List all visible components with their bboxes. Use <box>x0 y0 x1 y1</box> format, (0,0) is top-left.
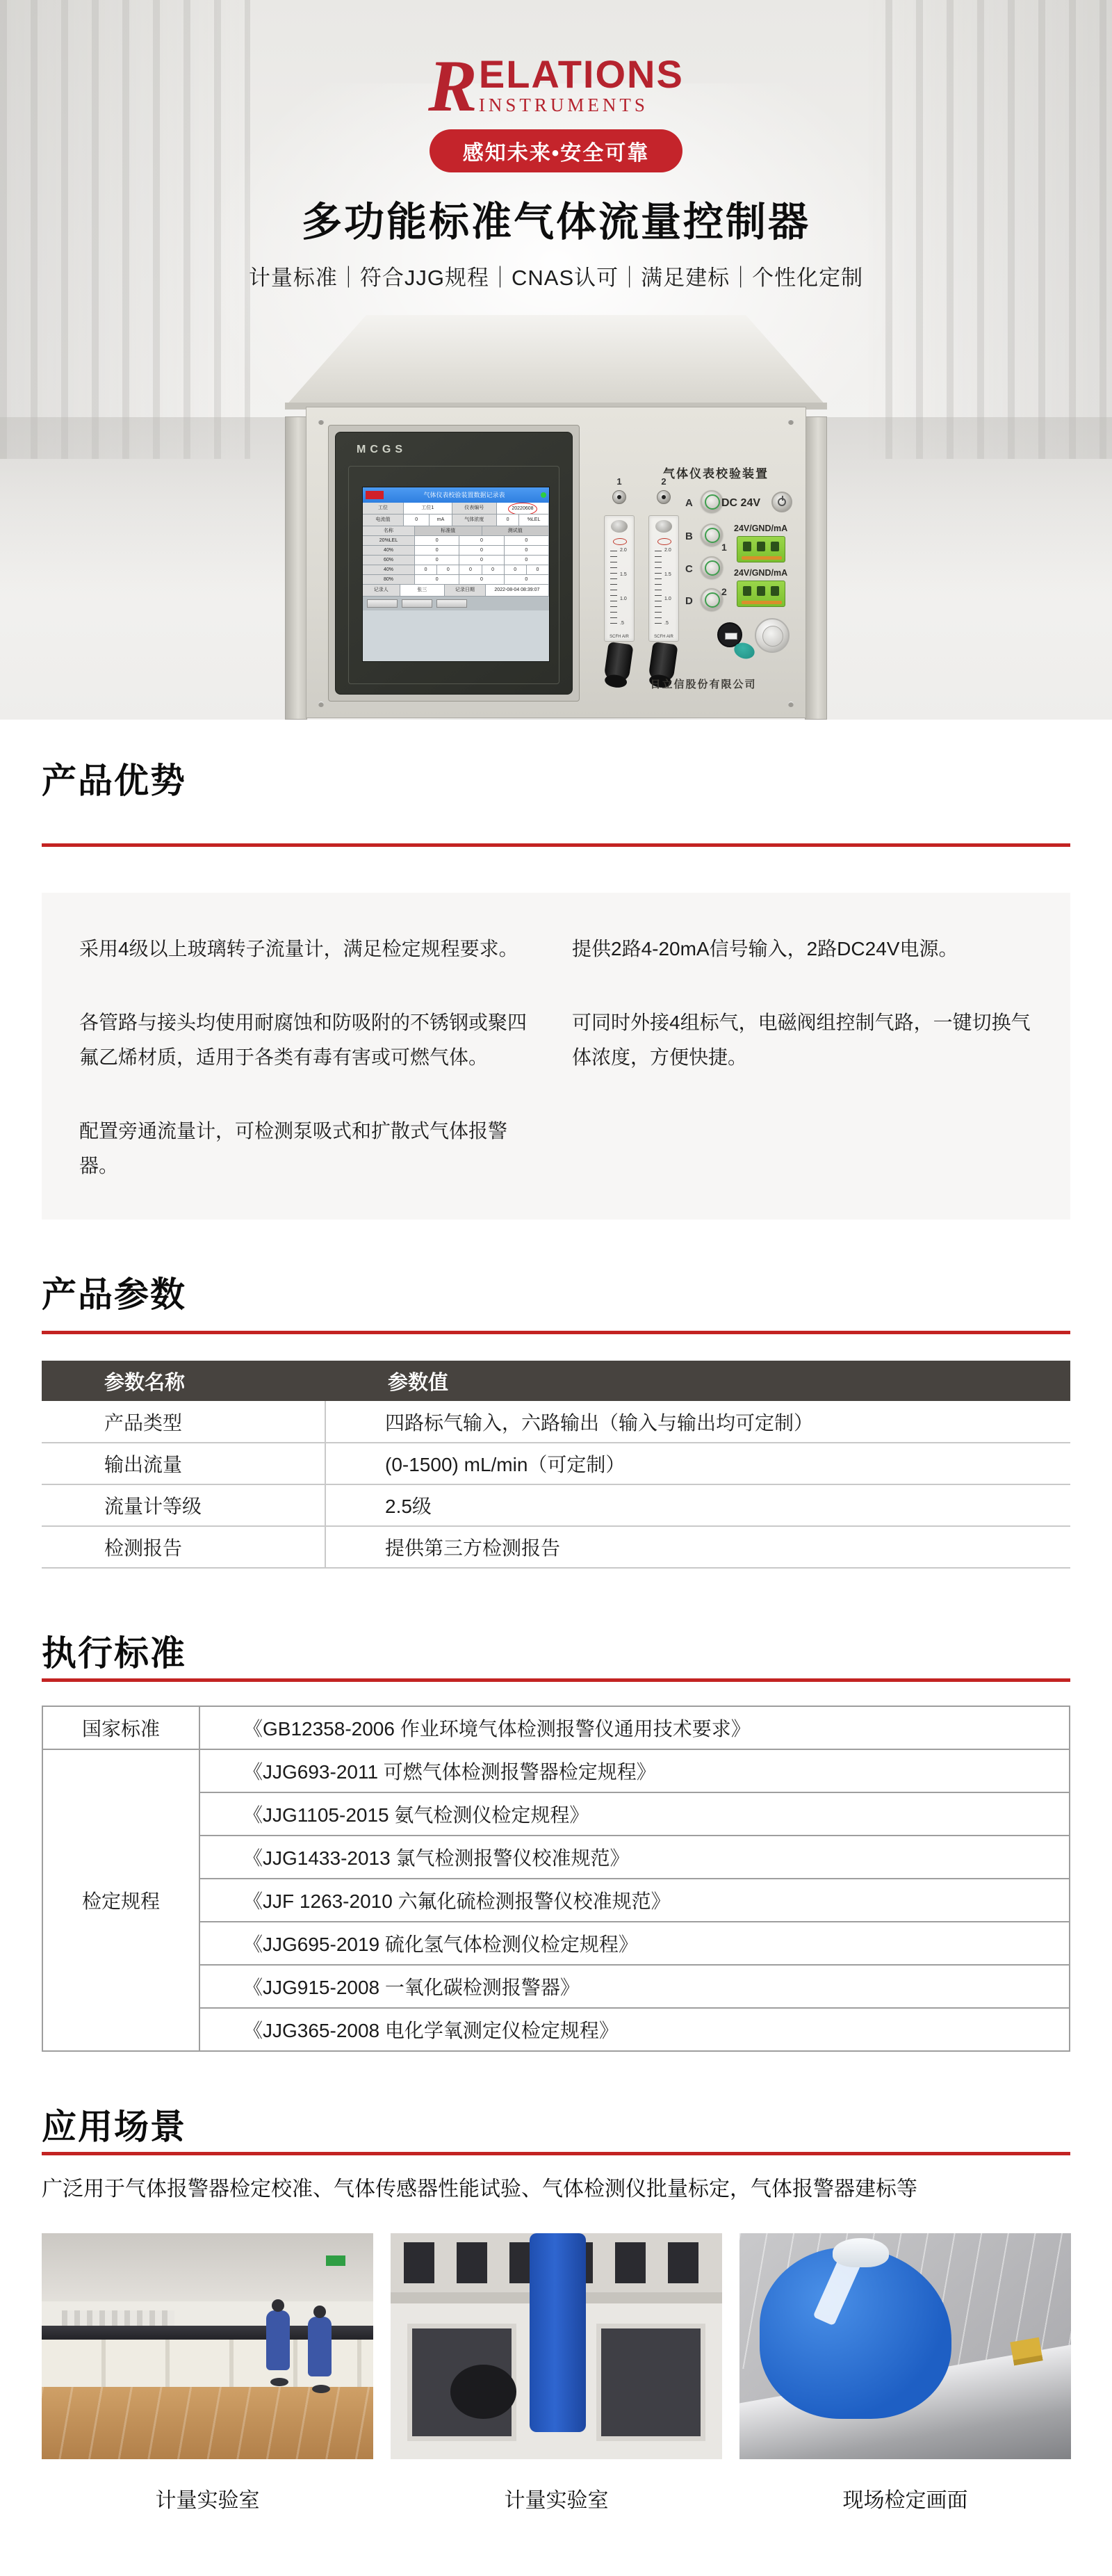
screen-button-bar <box>363 597 549 610</box>
screen-cell: 0 <box>459 536 504 545</box>
photo1-technician <box>308 2317 332 2376</box>
screen-cell: 0 <box>415 575 459 584</box>
photo1-wood-floor <box>42 2387 373 2459</box>
standard-value: 《GB12358-2006 作业环境气体检测报警仪通用技术要求》 <box>199 1706 1070 1749</box>
advantages-column-right: 提供2路4-20mA信号输入，2路DC24V电源。 可同时外接4组标气，电磁阀组… <box>572 932 1033 1220</box>
screen-cell: 电流值 <box>363 515 404 526</box>
photo3-caution-label <box>1010 2337 1042 2365</box>
standard-value: 《JJG1433-2013 氯气检测报警仪校准规范》 <box>199 1836 1070 1879</box>
screen-cell: 0 <box>415 556 459 565</box>
photo2-cabinet-door <box>596 2324 705 2441</box>
advantage-item: 各管路与接头均使用耐腐蚀和防吸附的不锈钢或聚四氟乙烯材质，适用于各类有毒有害或可… <box>79 1005 540 1075</box>
screen-cell: 20220608 <box>497 503 549 514</box>
terminal-label: 24V/GND/mA <box>734 568 824 578</box>
param-name: 检测报告 <box>42 1526 325 1568</box>
signal-terminal-1[interactable] <box>737 536 785 562</box>
section-title-params: 产品参数 <box>42 1274 1070 1315</box>
screen-cell: 0 <box>415 565 437 574</box>
params-col-value-header: 参数值 <box>325 1361 1070 1401</box>
signal-terminal-2[interactable] <box>737 581 785 607</box>
hmi-brand-label: MCGS <box>357 444 407 456</box>
screen-footer-row: 记录人 张三 记录日期 2022-08-04 08:39:07 <box>363 585 549 597</box>
standard-value: 《JJF 1263-2010 六氟化硫检测报警仪校准规范》 <box>199 1879 1070 1922</box>
section-advantages: 产品优势 采用4级以上玻璃转子流量计，满足检定规程要求。 各管路与接头均使用耐腐… <box>0 760 1112 1220</box>
section-scenes: 应用场景 广泛用于气体报警器检定校准、气体传感器性能试验、气体检测仪批量标定，气… <box>0 2106 1112 2513</box>
logo-r-glyph: R <box>428 54 477 118</box>
screen-cell: 0 <box>459 556 504 565</box>
valve-button-a[interactable] <box>701 490 723 512</box>
photo1-exit-sign <box>326 2255 345 2266</box>
scene-photo-3 <box>739 2233 1071 2459</box>
section-standards: 执行标准 国家标准 《GB12358-2006 作业环境气体检测报警仪通用技术要… <box>0 1633 1112 2052</box>
valve-button-label: C <box>685 563 693 575</box>
scale-tick-label: 2.0 <box>620 548 627 553</box>
param-value: 四路标气输入，六路输出（输入与输出均可定制） <box>325 1401 1070 1443</box>
screen-cell: 0 <box>437 565 459 574</box>
standard-value: 《JJG1105-2015 氨气检测仪检定规程》 <box>199 1792 1070 1836</box>
params-table: 参数名称 参数值 产品类型 四路标气输入，六路输出（输入与输出均可定制） 输出流… <box>42 1361 1070 1569</box>
param-value: 提供第三方检测报告 <box>325 1526 1070 1568</box>
hmi-bezel: MCGS 气体仪表校验装置数据记录表 工位 工位1 仪表编号 20220608 <box>335 432 573 695</box>
circled-serial: 20220608 <box>508 503 537 514</box>
screen-grid-row: 40% 0 0 0 0 0 0 <box>363 565 549 575</box>
param-name: 输出流量 <box>42 1443 325 1484</box>
scene-caption: 计量实验室 <box>391 2483 722 2513</box>
rotameter-cap <box>611 520 628 533</box>
section-underline <box>42 1331 1070 1334</box>
rotameter-scale-ticks <box>610 551 617 626</box>
valve-button-b[interactable] <box>701 524 723 546</box>
terminal-number: 2 <box>721 586 727 597</box>
screen-soft-button[interactable] <box>402 599 432 608</box>
section-underline <box>42 1678 1070 1682</box>
standard-value: 《JJG693-2011 可燃气体检测报警器检定规程》 <box>199 1749 1070 1792</box>
photo2-technician <box>530 2233 586 2432</box>
screen-cell: 0 <box>459 575 504 584</box>
screen-cell: 测试值 <box>482 526 549 535</box>
screen-field-row: 电流值 0 mA 气体浓度 0 %LEL <box>363 515 549 526</box>
screen-cell: 0 <box>404 515 430 526</box>
scene-photo-1 <box>42 2233 373 2459</box>
screen-cell: 仪表编号 <box>452 503 497 514</box>
screen-cell: 0 <box>505 546 549 555</box>
slogan-badge: 感知未来•安全可靠 <box>430 129 683 172</box>
valve-button-label: A <box>685 497 693 509</box>
power-label: DC 24V <box>721 497 774 510</box>
screen-grid-header: 名称 标准值 测试值 <box>363 526 549 536</box>
scale-tick-label: .5 <box>620 621 627 626</box>
section-title-standards: 执行标准 <box>42 1633 1070 1674</box>
screen-cell: 40% <box>363 565 415 574</box>
rotameter-1: 2.0 1.5 1.0 .5 SCFH AIR <box>604 515 635 642</box>
standard-category: 国家标准 <box>42 1706 199 1749</box>
screen-cell: 记录人 <box>363 585 400 596</box>
param-value: 2.5级 <box>325 1484 1070 1526</box>
screen-cell: 标准值 <box>415 526 482 535</box>
product-subtitle: 计量标准｜符合JJG规程｜CNAS认可｜满足建标｜个性化定制 <box>0 260 1112 291</box>
scale-tick-label: 1.5 <box>620 572 627 577</box>
section-underline <box>42 843 1070 847</box>
rotameter-brand-mark <box>613 538 627 545</box>
section-underline <box>42 2152 1070 2155</box>
screen-cell: 记录日期 <box>445 585 486 596</box>
screen-title-bar: 气体仪表校验装置数据记录表 <box>363 487 549 503</box>
rotameter-unit-label: SCFH AIR <box>605 635 634 639</box>
rotameter-2: 2.0 1.5 1.0 .5 SCFH AIR <box>648 515 679 642</box>
screen-cell: 0 <box>505 556 549 565</box>
advantage-item: 配置旁通流量计，可检测泵吸式和扩散式气体报警器。 <box>79 1114 540 1183</box>
device-screen[interactable]: 气体仪表校验装置数据记录表 工位 工位1 仪表编号 20220608 电流值 0… <box>362 487 550 662</box>
port-number-label: 2 <box>657 476 671 487</box>
scale-tick-label: .5 <box>664 621 671 626</box>
screen-cell: 0 <box>482 565 505 574</box>
screen-grid-row: 60% 0 0 0 <box>363 556 549 565</box>
panel-screw <box>318 702 324 707</box>
rotameter-cap <box>655 520 672 533</box>
terminal-label: 24V/GND/mA <box>734 524 824 533</box>
screen-cell: 0 <box>505 565 527 574</box>
section-params: 产品参数 参数名称 参数值 产品类型 四路标气输入，六路输出（输入与输出均可定制… <box>0 1274 1112 1569</box>
terminal-number: 1 <box>721 542 727 553</box>
advantages-panel: 采用4级以上玻璃转子流量计，满足检定规程要求。 各管路与接头均使用耐腐蚀和防吸附… <box>42 893 1070 1220</box>
table-row: 检定规程 《JJG693-2011 可燃气体检测报警器检定规程》 <box>42 1749 1070 1792</box>
param-name: 产品类型 <box>42 1401 325 1443</box>
screen-cell: 0 <box>415 546 459 555</box>
rotameter-scale-numbers: 2.0 1.5 1.0 .5 <box>664 548 671 626</box>
logo-wordmark: ELATIONS <box>479 52 684 96</box>
rotameter-unit-label: SCFH AIR <box>649 635 678 639</box>
params-col-name-header: 参数名称 <box>42 1361 325 1401</box>
device-top-lid <box>285 315 827 407</box>
power-button[interactable] <box>771 492 792 512</box>
screen-cell: 0 <box>505 575 549 584</box>
screen-grid-row: 40% 0 0 0 <box>363 546 549 556</box>
panel-screw <box>788 702 794 707</box>
screen-grid-row: 80% 0 0 0 <box>363 575 549 585</box>
valve-button-label: B <box>685 530 693 542</box>
power-icon <box>778 498 786 506</box>
product-title: 多功能标准气体流量控制器 <box>0 189 1112 248</box>
scene-figure-1: 计量实验室 <box>42 2233 373 2513</box>
photo1-technician <box>266 2310 290 2370</box>
screen-cell: 气体浓度 <box>452 515 497 526</box>
round-metal-button[interactable] <box>755 618 790 653</box>
scene-description: 广泛用于气体报警器检定校准、气体传感器性能试验、气体检测仪批量标定，气体报警器建… <box>42 2173 1070 2205</box>
screen-brand-mark <box>366 491 384 499</box>
scene-photo-2 <box>391 2233 722 2459</box>
status-led <box>541 492 546 498</box>
standard-value: 《JJG915-2008 一氧化碳检测报警器》 <box>199 1965 1070 2008</box>
product-photo: MCGS 气体仪表校验装置数据记录表 工位 工位1 仪表编号 20220608 <box>285 315 827 720</box>
company-name: 日立信股份有限公司 <box>599 677 808 691</box>
advantages-column-left: 采用4级以上玻璃转子流量计，满足检定规程要求。 各管路与接头均使用耐腐蚀和防吸附… <box>79 932 540 1220</box>
photo1-ceiling <box>42 2233 373 2301</box>
scene-caption: 计量实验室 <box>42 2483 373 2513</box>
scene-figure-2: 计量实验室 <box>391 2233 722 2513</box>
brand-logo: R ELATIONS INSTRUMENTS <box>0 0 1112 118</box>
screen-field-row: 工位 工位1 仪表编号 20220608 <box>363 503 549 515</box>
table-row: 流量计等级 2.5级 <box>42 1484 1070 1526</box>
photo1-stool <box>312 2385 330 2393</box>
standard-value: 《JJG695-2019 硫化氢气体检测仪检定规程》 <box>199 1922 1070 1965</box>
logo-text-block: ELATIONS INSTRUMENTS <box>479 54 684 115</box>
param-value: (0-1500) mL/min（可定制） <box>325 1443 1070 1484</box>
scale-tick-label: 1.0 <box>620 597 627 601</box>
screen-cell: 0 <box>505 536 549 545</box>
screen-cell: 工位1 <box>404 503 452 514</box>
table-row: 检测报告 提供第三方检测报告 <box>42 1526 1070 1568</box>
screen-soft-button[interactable] <box>436 599 467 608</box>
hmi-module: MCGS 气体仪表校验装置数据记录表 工位 工位1 仪表编号 20220608 <box>328 425 580 702</box>
scene-caption: 现场检定画面 <box>739 2483 1071 2513</box>
panel-screw <box>788 419 794 425</box>
photo1-glassware <box>62 2310 174 2326</box>
scale-tick-label: 2.0 <box>664 548 671 553</box>
valve-button-label: D <box>685 595 693 607</box>
section-title-advantages: 产品优势 <box>42 760 1070 802</box>
port-number-label: 1 <box>612 476 626 487</box>
screen-cell: 2022-08-04 08:39:07 <box>486 585 549 596</box>
screen-cell: %LEL <box>519 515 549 526</box>
standards-table: 国家标准 《GB12358-2006 作业环境气体检测报警仪通用技术要求》 检定… <box>42 1706 1070 2052</box>
panel-screw <box>318 419 324 425</box>
screen-cell: 张三 <box>400 585 445 596</box>
screen-cell: 60% <box>363 556 415 565</box>
standard-value: 《JJG365-2008 电化学氧测定仪检定规程》 <box>199 2008 1070 2051</box>
hero-banner: R ELATIONS INSTRUMENTS 感知未来•安全可靠 多功能标准气体… <box>0 0 1112 720</box>
screen-soft-button[interactable] <box>367 599 398 608</box>
scene-photo-row: 计量实验室 计量实验室 <box>42 2233 1070 2513</box>
advantage-item: 采用4级以上玻璃转子流量计，满足检定规程要求。 <box>79 932 540 966</box>
params-header-row: 参数名称 参数值 <box>42 1361 1070 1401</box>
rotameter-scale-numbers: 2.0 1.5 1.0 .5 <box>620 548 627 626</box>
screen-cell: 工位 <box>363 503 404 514</box>
scale-tick-label: 1.5 <box>664 572 671 577</box>
device-rack-ear-left <box>285 416 307 720</box>
standard-category: 检定规程 <box>42 1749 199 2051</box>
valve-button-c[interactable] <box>701 556 723 578</box>
valve-button-d[interactable] <box>701 588 723 610</box>
scale-tick-label: 1.0 <box>664 597 671 601</box>
scene-figure-3: 现场检定画面 <box>739 2233 1071 2513</box>
photo2-chair <box>450 2365 516 2419</box>
screen-cell: 0 <box>527 565 549 574</box>
rotameter-brand-mark <box>657 538 671 545</box>
logo-subtext: INSTRUMENTS <box>479 95 684 115</box>
advantage-item: 可同时外接4组标气，电磁阀组控制气路，一键切换气体浓度，方便快捷。 <box>572 1005 1033 1075</box>
screen-cell: mA <box>430 515 452 526</box>
table-row: 产品类型 四路标气输入，六路输出（输入与输出均可定制） <box>42 1401 1070 1443</box>
gas-outlet-fitting[interactable] <box>657 490 671 504</box>
photo1-stool <box>270 2378 288 2386</box>
screen-cell: 名称 <box>363 526 415 535</box>
screen-cell: 40% <box>363 546 415 555</box>
table-row: 国家标准 《GB12358-2006 作业环境气体检测报警仪通用技术要求》 <box>42 1706 1070 1749</box>
screen-cell: 0 <box>459 565 482 574</box>
table-row: 输出流量 (0-1500) mL/min（可定制） <box>42 1443 1070 1484</box>
screen-cell: 0 <box>415 536 459 545</box>
advantage-item: 提供2路4-20mA信号输入，2路DC24V电源。 <box>572 932 1033 966</box>
screen-cell: 0 <box>459 546 504 555</box>
section-title-scenes: 应用场景 <box>42 2106 1070 2148</box>
screen-grid-row: 20%LEL 0 0 0 <box>363 536 549 546</box>
rotameter-scale-ticks <box>655 551 662 626</box>
param-name: 流量计等级 <box>42 1484 325 1526</box>
gas-outlet-fitting[interactable] <box>612 490 626 504</box>
photo3-hard-hat <box>833 2238 889 2267</box>
screen-cell: 80% <box>363 575 415 584</box>
screen-cell: 0 <box>497 515 519 526</box>
screen-title: 气体仪表校验装置数据记录表 <box>388 492 541 499</box>
screen-cell: 20%LEL <box>363 536 415 545</box>
